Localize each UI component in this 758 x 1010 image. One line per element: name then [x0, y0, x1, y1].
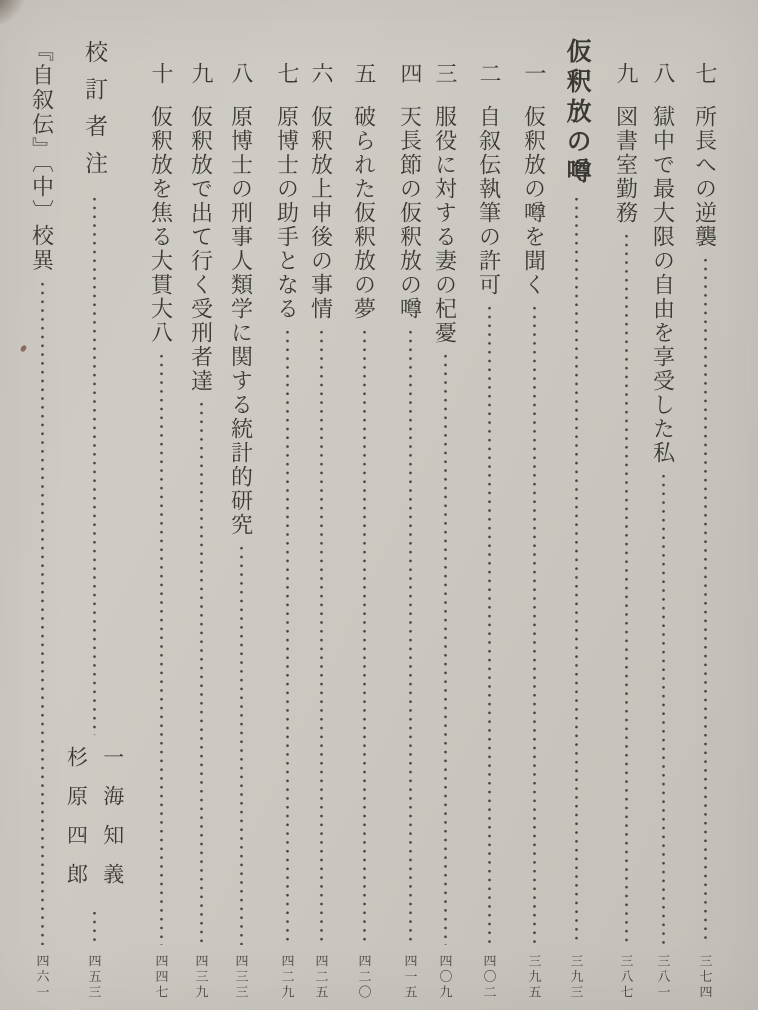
- entry-page-number: 四三九: [195, 954, 208, 1001]
- dotted-leader: [93, 911, 96, 945]
- dotted-leader: [444, 354, 447, 945]
- entry-page-number: 四三三: [235, 954, 248, 1001]
- toc-entry: 六仮釈放上申後の事情四二五: [306, 38, 336, 1004]
- toc-entry: 一仮釈放の噂を聞く三九五: [519, 38, 549, 1004]
- entry-number: 九: [190, 62, 212, 84]
- entry-title: 天長節の仮釈放の噂: [398, 105, 421, 321]
- entry-number: 七: [694, 62, 716, 84]
- entry-title: 原博士の刑事人類学に関する統計的研究: [229, 105, 252, 537]
- entry-number: 九: [615, 62, 637, 84]
- entry-page-number: 四二九: [281, 954, 294, 1001]
- entry-page-number: 四五三: [88, 954, 101, 1001]
- dotted-leader: [160, 354, 163, 945]
- toc-entry: 『自叙伝』〔中〕校異四六一: [27, 38, 57, 1004]
- entry-title: 仮釈放の噂: [563, 38, 589, 188]
- entry-number: 十: [150, 62, 172, 84]
- entry-title: 自叙伝執筆の許可: [477, 105, 500, 297]
- entry-number: 四: [399, 62, 421, 84]
- toc-entry: 七原博士の助手となる四二九: [272, 38, 302, 1004]
- toc-entry: 八原博士の刑事人類学に関する統計的研究四三三: [226, 38, 256, 1004]
- toc-entry: 仮釈放の噂三九三: [561, 38, 591, 1004]
- dotted-leader: [240, 546, 243, 945]
- toc-entry: 校訂者注一海知義杉原四郎四五三: [79, 38, 109, 1004]
- table-of-contents: 七所長への逆襲三七四八獄中で最大限の自由を享受した私三八一九図書室勤務三八七仮釈…: [0, 38, 758, 1004]
- entry-page-number: 三八一: [657, 954, 670, 1001]
- entry-number: 一: [523, 62, 545, 84]
- dotted-leader: [704, 258, 707, 945]
- entry-title: 原博士の助手となる: [275, 105, 298, 321]
- author-name: 一海知義: [100, 746, 125, 902]
- entry-number: 八: [230, 62, 252, 84]
- entry-title: 仮釈放上申後の事情: [309, 105, 332, 321]
- entry-page-number: 三八七: [620, 954, 633, 1001]
- entry-page-number: 四二五: [315, 954, 328, 1001]
- toc-entry: 八獄中で最大限の自由を享受した私三八一: [648, 38, 678, 1004]
- toc-entry: 三服役に対する妻の杞憂四〇九: [430, 38, 460, 1004]
- dotted-leader: [575, 197, 578, 945]
- entry-number: 二: [478, 62, 500, 84]
- toc-entry: 四天長節の仮釈放の噂四一五: [395, 38, 425, 1004]
- dotted-leader: [488, 306, 491, 945]
- toc-entry: 五破られた仮釈放の夢四二〇: [349, 38, 379, 1004]
- entry-number: 六: [310, 62, 332, 84]
- entry-number: 五: [353, 62, 375, 84]
- author-name: 杉原四郎: [63, 746, 88, 902]
- entry-page-number: 三九五: [528, 954, 541, 1001]
- entry-number: 八: [652, 62, 674, 84]
- entry-page-number: 四四七: [155, 954, 168, 1001]
- entry-title: 所長への逆襲: [693, 105, 716, 249]
- entry-title: 仮釈放を焦る大貫大八: [149, 105, 172, 345]
- entry-page-number: 三七四: [699, 954, 712, 1001]
- entry-page-number: 四〇二: [483, 954, 496, 1001]
- dotted-leader: [93, 197, 96, 735]
- entry-number: 七: [276, 62, 298, 84]
- dotted-leader: [533, 306, 536, 945]
- entry-title: 仮釈放で出て行く受刑者達: [189, 105, 212, 393]
- entry-number: 三: [434, 62, 456, 84]
- toc-entry: 十仮釈放を焦る大貫大八四四七: [146, 38, 176, 1004]
- dotted-leader: [320, 330, 323, 945]
- dotted-leader: [200, 402, 203, 945]
- book-page: 七所長への逆襲三七四八獄中で最大限の自由を享受した私三八一九図書室勤務三八七仮釈…: [0, 0, 758, 1010]
- entry-page-number: 四一五: [404, 954, 417, 1001]
- entry-title: 服役に対する妻の杞憂: [433, 105, 456, 345]
- entry-title: 獄中で最大限の自由を享受した私: [651, 105, 674, 465]
- toc-entry: 九仮釈放で出て行く受刑者達四三九: [186, 38, 216, 1004]
- dotted-leader: [41, 282, 44, 945]
- entry-page-number: 三九三: [570, 954, 583, 1001]
- entry-title: 仮釈放の噂を聞く: [522, 105, 545, 297]
- toc-entry: 二自叙伝執筆の許可四〇二: [474, 38, 504, 1004]
- toc-entry: 七所長への逆襲三七四: [690, 38, 720, 1004]
- dotted-leader: [625, 234, 628, 945]
- dotted-leader: [363, 330, 366, 945]
- entry-page-number: 四六一: [36, 954, 49, 1001]
- dotted-leader: [409, 330, 412, 945]
- entry-title: 『自叙伝』〔中〕校異: [30, 39, 53, 273]
- toc-entry: 九図書室勤務三八七: [611, 38, 641, 1004]
- entry-title: 校訂者注: [82, 40, 106, 188]
- dotted-leader: [662, 474, 665, 945]
- entry-title: 破られた仮釈放の夢: [352, 105, 375, 321]
- entry-page-number: 四〇九: [439, 954, 452, 1001]
- dotted-leader: [286, 330, 289, 945]
- author-names: 一海知義杉原四郎: [63, 746, 124, 902]
- entry-title: 図書室勤務: [614, 105, 637, 225]
- entry-page-number: 四二〇: [358, 954, 371, 1001]
